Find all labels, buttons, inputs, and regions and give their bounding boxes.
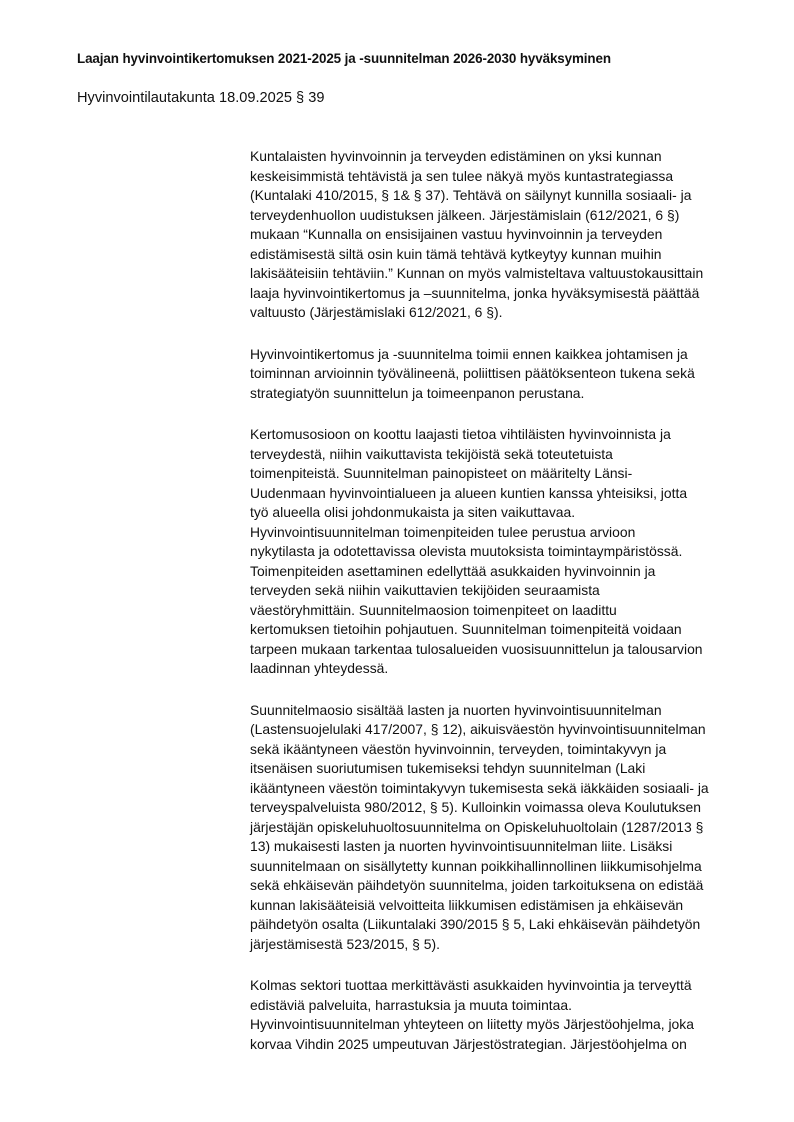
text-line: strategiatyön suunnittelun ja toimeenpan… [250, 384, 750, 404]
meeting-reference: Hyvinvointilautakunta 18.09.2025 § 39 [77, 90, 324, 106]
text-line: työ alueella olisi johdonmukaista ja sit… [250, 503, 750, 523]
text-line: laadinnan yhteydessä. [250, 659, 750, 679]
text-line: toiminnan arvioinnin työvälineenä, polii… [250, 364, 750, 384]
text-line: nykytilasta ja odotettavissa olevista mu… [250, 542, 750, 562]
text-line: Hyvinvointisuunnitelman yhteyteen on lii… [250, 1015, 750, 1035]
text-line: päihdetyön osalta (Liikuntalaki 390/2015… [250, 915, 750, 935]
text-line: Toimenpiteiden asettaminen edellyttää as… [250, 562, 750, 582]
text-line: järjestäjän opiskeluhuoltosuunnitelma on… [250, 818, 750, 838]
text-line: (Lastensuojelulaki 417/2007, § 12), aiku… [250, 720, 750, 740]
text-line: Suunnitelmaosio sisältää lasten ja nuort… [250, 701, 750, 721]
text-line: Hyvinvointikertomus ja -suunnitelma toim… [250, 345, 750, 365]
text-line: laaja hyvinvointikertomus ja –suunnitelm… [250, 284, 750, 304]
text-line: Kuntalaisten hyvinvoinnin ja terveyden e… [250, 147, 750, 167]
text-line: itsenäisen suoriutumisen tukemiseksi teh… [250, 759, 750, 779]
document-title: Laajan hyvinvointikertomuksen 2021-2025 … [77, 51, 611, 66]
text-line: suunnitelmaan on sisällytetty kunnan poi… [250, 857, 750, 877]
text-line: mukaan “Kunnalla on ensisijainen vastuu … [250, 225, 750, 245]
text-line: terveydenhuollon uudistuksen jälkeen. Jä… [250, 206, 750, 226]
text-line: Uudenmaan hyvinvointialueen ja alueen ku… [250, 484, 750, 504]
text-line: terveyden sekä niihin vaikuttavien tekij… [250, 581, 750, 601]
text-line: Kolmas sektori tuottaa merkittävästi asu… [250, 976, 750, 996]
text-line: edistämisestä siltä osin kuin tämä tehtä… [250, 245, 750, 265]
text-line: sekä ikääntyneen väestön hyvinvoinnin, t… [250, 740, 750, 760]
text-line: terveydestä, niihin vaikuttavista tekijö… [250, 445, 750, 465]
text-line: toimenpiteistä. Suunnitelman painopistee… [250, 464, 750, 484]
paragraph: Kuntalaisten hyvinvoinnin ja terveyden e… [250, 147, 750, 323]
text-line: tarpeen mukaan tarkentaa tulosalueiden v… [250, 640, 750, 660]
paragraph: Kertomusosioon on koottu laajasti tietoa… [250, 425, 750, 679]
document-body: Kuntalaisten hyvinvoinnin ja terveyden e… [250, 147, 750, 1076]
paragraph: Hyvinvointikertomus ja -suunnitelma toim… [250, 345, 750, 404]
text-line: järjestämisestä 523/2015, § 5). [250, 935, 750, 955]
paragraph: Kolmas sektori tuottaa merkittävästi asu… [250, 976, 750, 1054]
text-line: Kertomusosioon on koottu laajasti tietoa… [250, 425, 750, 445]
text-line: kertomuksen tietoihin pohjautuen. Suunni… [250, 620, 750, 640]
text-line: valtuusto (Järjestämislaki 612/2021, 6 §… [250, 303, 750, 323]
text-line: 13) mukaisesti lasten ja nuorten hyvinvo… [250, 837, 750, 857]
text-line: (Kuntalaki 410/2015, § 1& § 37). Tehtävä… [250, 186, 750, 206]
text-line: korvaa Vihdin 2025 umpeutuvan Järjestöst… [250, 1035, 750, 1055]
paragraph: Suunnitelmaosio sisältää lasten ja nuort… [250, 701, 750, 955]
text-line: kunnan lakisääteisiä velvoitteita liikku… [250, 896, 750, 916]
text-line: sekä ehkäisevän päihdetyön suunnitelma, … [250, 876, 750, 896]
text-line: Hyvinvointisuunnitelman toimenpiteiden t… [250, 523, 750, 543]
text-line: ikääntyneen väestön toimintakyvyn tukemi… [250, 779, 750, 799]
text-line: keskeisimmistä tehtävistä ja sen tulee n… [250, 167, 750, 187]
text-line: terveyspalveluista 980/2012, § 5). Kullo… [250, 798, 750, 818]
text-line: lakisääteisiin tehtäviin.” Kunnan on myö… [250, 264, 750, 284]
document-page: Laajan hyvinvointikertomuksen 2021-2025 … [0, 0, 794, 1122]
text-line: edistäviä palveluita, harrastuksia ja mu… [250, 996, 750, 1016]
text-line: väestöryhmittäin. Suunnitelmaosion toime… [250, 601, 750, 621]
